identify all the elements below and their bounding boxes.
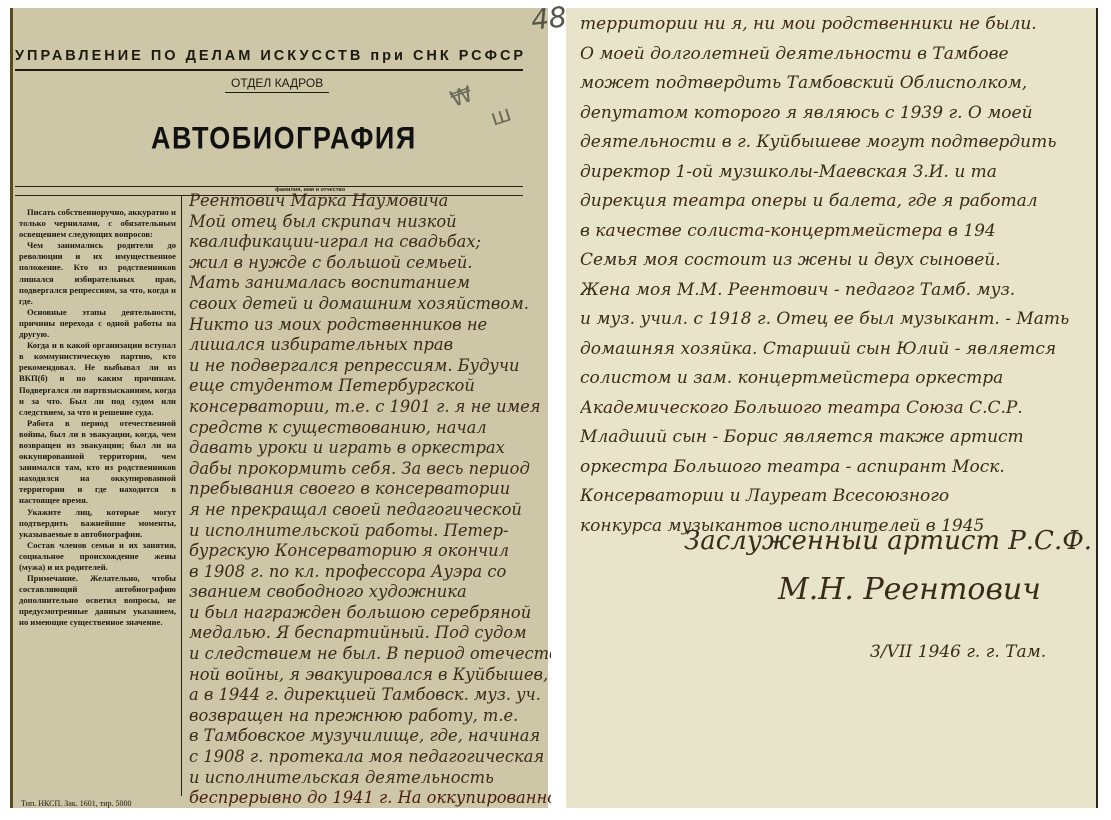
handwritten-line: средств к существованию, начал	[189, 418, 551, 439]
document-title: АВТОБИОГРАФИЯ	[151, 120, 417, 157]
instruction-note: Примечание. Желательно, чтобы составляющ…	[19, 573, 176, 628]
organization-header: УПРАВЛЕНИЕ ПО ДЕЛАМ ИСКУССТВ при СНК РСФ…	[15, 48, 535, 64]
instruction-paragraph: Состав членов семьи и их занятия, социал…	[19, 540, 176, 573]
instruction-paragraph: Основные этапы деятельности, причины пер…	[19, 307, 176, 340]
department-label: ОТДЕЛ КАДРОВ	[225, 76, 329, 93]
handwritten-line: депутатом которого я являюсь с 1939 г. О…	[580, 99, 1095, 129]
handwritten-line: и следствием не был. В период отечествен…	[189, 644, 551, 665]
handwritten-line: возвращен на прежнюю работу, т.е.	[189, 706, 551, 727]
handwritten-line: Реентович Марка Наумовича	[189, 191, 551, 212]
handwritten-line: солистом и зам. концертмейстера оркестра	[580, 364, 1095, 394]
handwritten-line: квалификации-играл на свадьбах;	[189, 232, 551, 253]
handwritten-line: медалью. Я беспартийный. Под судом	[189, 623, 551, 644]
instruction-paragraph: Чем занимались родители до революции и и…	[19, 240, 176, 307]
handwritten-line: Никто из моих родственников не	[189, 315, 551, 336]
handwritten-line: О моей долголетней деятельности в Тамбов…	[580, 40, 1095, 70]
date-and-place: 3/VII 1946 г. г. Там.	[870, 642, 1046, 662]
handwritten-line: своих детей и домашним хозяйством.	[189, 294, 551, 315]
handwritten-line: Консерватории и Лауреат Всесоюзного	[580, 482, 1095, 512]
handwritten-line: может подтвердить Тамбовский Облисполком…	[580, 69, 1095, 99]
handwritten-line: оркестра Большого театра - аспирант Моск…	[580, 453, 1095, 483]
handwritten-line: и исполнительская деятельность	[189, 768, 551, 789]
instructions-sidebar: Писать собственноручно, аккуратно и толь…	[19, 207, 176, 629]
handwritten-line: давать уроки и играть в оркестрах	[189, 438, 551, 459]
handwritten-text-right: территории ни я, ни мои родственники не …	[580, 10, 1095, 541]
handwritten-line: Семья моя состоит из жены и двух сыновей…	[580, 246, 1095, 276]
handwritten-line: в 1908 г. по кл. профессора Ауэра со	[189, 562, 551, 583]
column-divider	[181, 196, 182, 796]
handwritten-line: ной войны, я эвакуировался в Куйбышев,	[189, 665, 551, 686]
handwritten-line: и муз. учил. с 1918 г. Отец ее был музык…	[580, 305, 1095, 335]
handwritten-line: Мать занималась воспитанием	[189, 273, 551, 294]
handwritten-line: в качестве солиста-концертмейстера в 194	[580, 217, 1095, 247]
handwritten-line: Младший сын - Борис является также артис…	[580, 423, 1095, 453]
handwritten-line: бургскую Консерваторию я окончил	[189, 541, 551, 562]
instruction-paragraph: Когда и в какой организации вступал в ко…	[19, 340, 176, 418]
folio-number-pencil: 48	[529, 0, 568, 37]
handwritten-line: и не подвергался репрессиям. Будучи	[189, 356, 551, 377]
honorary-title: Заслуженный артист Р.С.Ф.	[684, 526, 1092, 556]
print-footer: Тип. НКСП. Зак. 1601, тир. 5000	[21, 799, 132, 808]
handwritten-line: Академического Большого театра Союза С.С…	[580, 394, 1095, 424]
handwritten-line: домашняя хозяйка. Старший сын Юлий - явл…	[580, 335, 1095, 365]
handwritten-line: жил в нужде с большой семьей.	[189, 253, 551, 274]
header-rule	[15, 69, 523, 71]
pencil-mark: ш	[488, 101, 515, 131]
instruction-paragraph: Писать собственноручно, аккуратно и толь…	[19, 207, 176, 240]
handwritten-line: консерватории, т.е. с 1901 г. я не имея	[189, 397, 551, 418]
autobiography-form-page: 48 ₩ ш УПРАВЛЕНИЕ ПО ДЕЛАМ ИСКУССТВ при …	[10, 8, 548, 808]
handwritten-line: с 1908 г. протекала моя педагогическая	[189, 747, 551, 768]
handwritten-line: беспрерывно до 1941 г. На оккупированной	[189, 788, 551, 809]
autobiography-continuation-page: территории ни я, ни мои родственники не …	[566, 8, 1098, 808]
handwritten-line: пребывания своего в консерватории	[189, 479, 551, 500]
signature: М.Н. Реентович	[778, 572, 1041, 607]
handwritten-line: дабы прокормить себя. За весь период	[189, 459, 551, 480]
handwritten-line: и был награжден большою серебряной	[189, 603, 551, 624]
handwritten-line: еще студентом Петербургской	[189, 376, 551, 397]
instruction-paragraph: Работа в период отечественной войны, был…	[19, 418, 176, 507]
handwritten-line: Жена моя М.М. Реентович - педагог Тамб. …	[580, 276, 1095, 306]
handwritten-text-left: Реентович Марка Наумовича Мой отец был с…	[189, 191, 551, 809]
handwritten-line: директор 1-ой музшколы-Маевская З.И. и т…	[580, 158, 1095, 188]
handwritten-line: а в 1944 г. дирекцией Тамбовск. муз. уч.	[189, 685, 551, 706]
instruction-paragraph: Укажите лиц, которые могут подтвердить в…	[19, 507, 176, 540]
handwritten-line: лишался избирательных прав	[189, 335, 551, 356]
handwritten-line: деятельности в г. Куйбышеве могут подтве…	[580, 128, 1095, 158]
handwritten-line: дирекция театра оперы и балета, где я ра…	[580, 187, 1095, 217]
name-field-rule	[15, 186, 523, 187]
handwritten-line: и исполнительской работы. Петер-	[189, 521, 551, 542]
handwritten-line: Мой отец был скрипач низкой	[189, 212, 551, 233]
handwritten-line: территории ни я, ни мои родственники не …	[580, 10, 1095, 40]
handwritten-line: я не прекращал своей педагогической	[189, 500, 551, 521]
handwritten-line: в Тамбовское музучилище, где, начиная	[189, 726, 551, 747]
pencil-mark: ₩	[447, 84, 470, 113]
handwritten-line: званием свободного художника	[189, 582, 551, 603]
